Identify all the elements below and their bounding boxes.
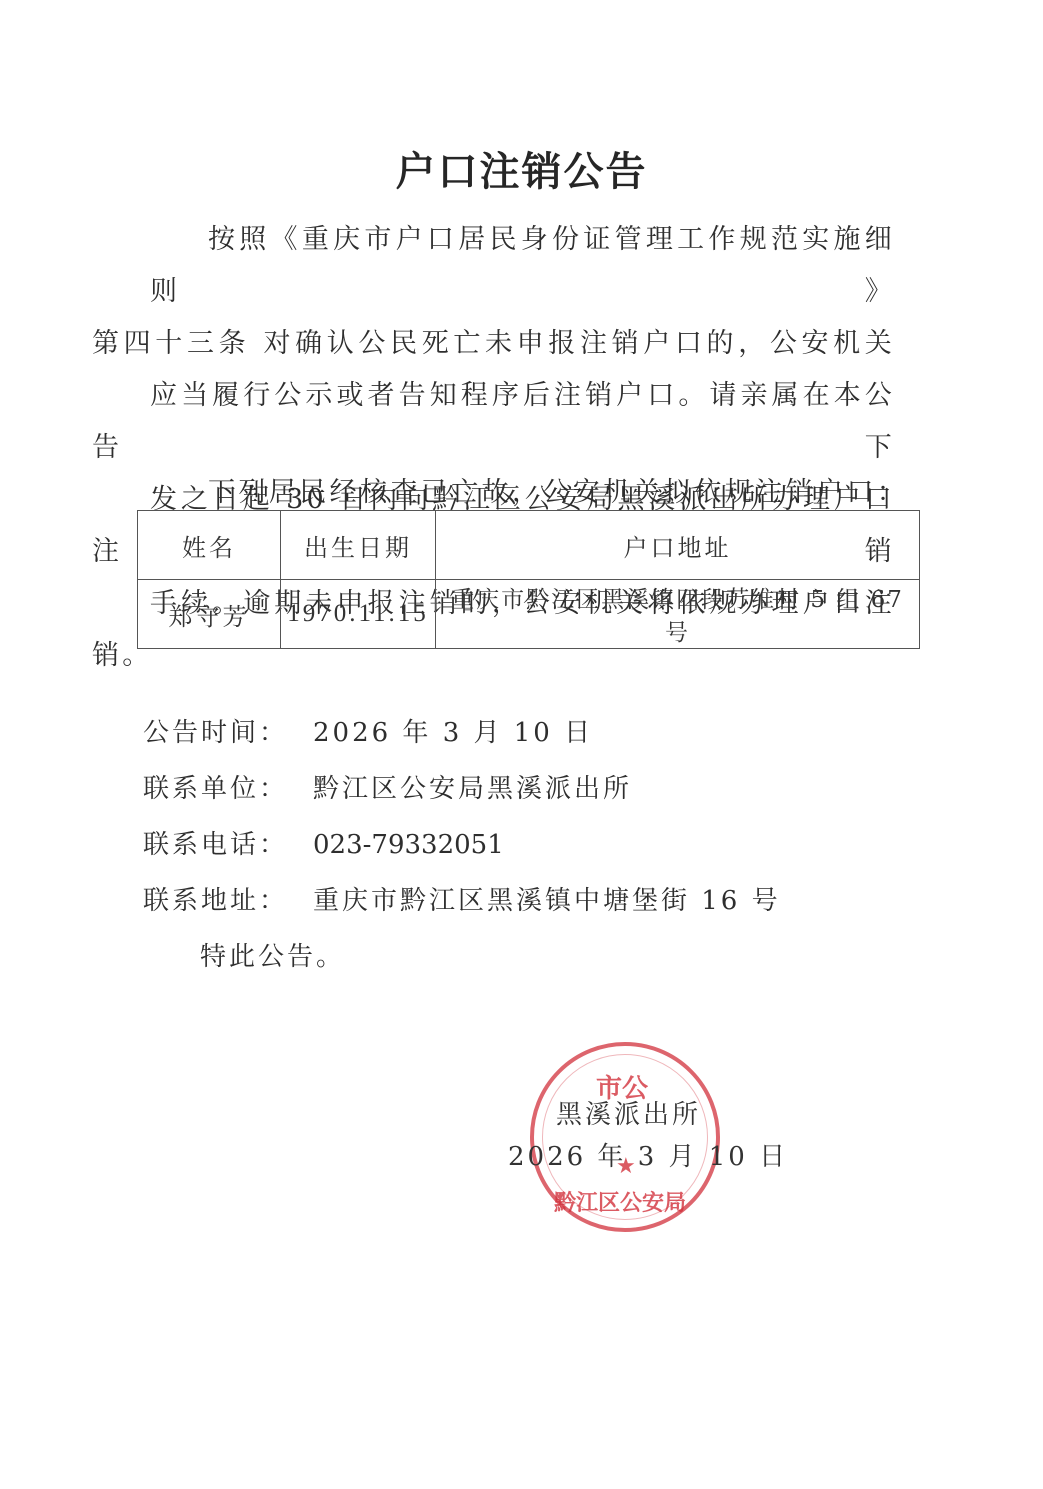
roster-intro: 下列居民经核查已亡故，公安机关拟依规注销户口： (208, 470, 907, 509)
info-announce-date: 公告时间：2026 年 3 月 10 日 (143, 712, 593, 749)
info-label: 联系单位： (143, 768, 313, 805)
signature-date: 2026 年 3 月 10 日 (508, 1136, 788, 1173)
table-row: 郑守芳 1970.11.15 重庆市黔江区黑溪镇四段苏维村 5 组 67 号 (138, 580, 920, 649)
column-header-birthdate: 出生日期 (281, 511, 436, 580)
info-value: 023-79332051 (313, 830, 504, 860)
cell-birthdate: 1970.11.15 (281, 580, 436, 649)
column-header-address: 户口地址 (436, 511, 920, 580)
table-header-row: 姓名 出生日期 户口地址 (138, 511, 920, 580)
column-header-name: 姓名 (138, 511, 281, 580)
closing-text: 特此公告。 (200, 936, 345, 973)
info-contact-unit: 联系单位：黔江区公安局黑溪派出所 (143, 768, 632, 805)
info-value: 重庆市黔江区黑溪镇中塘堡街 16 号 (313, 880, 781, 917)
info-contact-phone: 联系电话：023-79332051 (143, 824, 504, 861)
deceased-roster-table: 姓名 出生日期 户口地址 郑守芳 1970.11.15 重庆市黔江区黑溪镇四段苏… (137, 510, 920, 649)
paragraph-line: 第四十三条 对确认公民死亡未申报注销户口的，公安机关 (92, 318, 895, 370)
seal-bottom-text: 黔江区公安局 (554, 1186, 686, 1217)
info-value: 2026 年 3 月 10 日 (313, 712, 593, 749)
cell-address: 重庆市黔江区黑溪镇四段苏维村 5 组 67 号 (436, 580, 920, 649)
info-contact-address: 联系地址：重庆市黔江区黑溪镇中塘堡街 16 号 (143, 880, 781, 917)
info-label: 公告时间： (143, 712, 313, 749)
paragraph-line: 应当履行公示或者告知程序后注销户口。请亲属在本公告下 (92, 370, 895, 474)
paragraph-line: 按照《重庆市户口居民身份证管理工作规范实施细则》 (150, 214, 895, 318)
info-label: 联系电话： (143, 824, 313, 861)
info-label: 联系地址： (143, 880, 313, 917)
info-value: 黔江区公安局黑溪派出所 (313, 768, 632, 805)
page-title: 户口注销公告 (0, 140, 1043, 197)
cell-name: 郑守芳 (138, 580, 281, 649)
signature-org: 黑溪派出所 (556, 1094, 701, 1131)
